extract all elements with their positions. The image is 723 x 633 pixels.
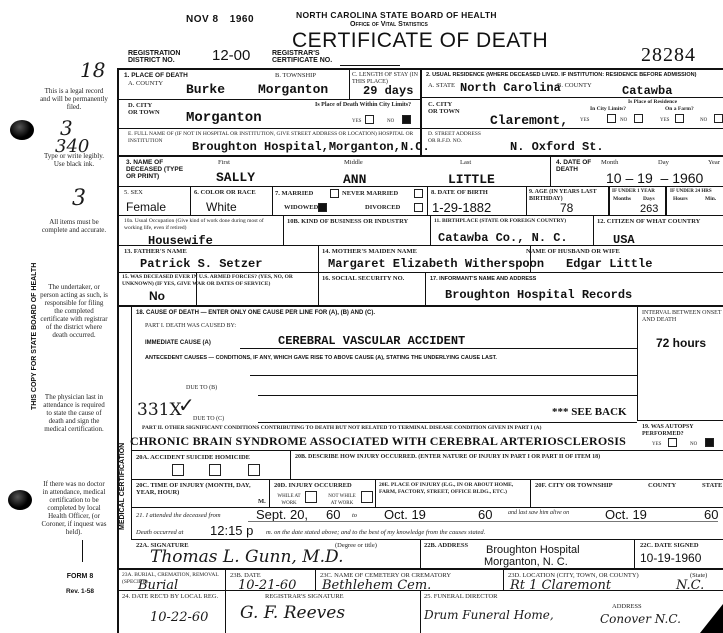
length-of-stay-field[interactable]: 29 days (363, 84, 413, 98)
days-label: Days (643, 196, 655, 203)
accident-checkbox[interactable] (172, 464, 184, 476)
married-checkbox[interactable] (330, 189, 339, 198)
registration-district-value: 12-00 (212, 47, 250, 64)
registrar-signature: G. F. Reeves (240, 603, 345, 623)
due-to-c-label: Due to (c) (193, 416, 224, 423)
on-farm-no-label: No (700, 117, 707, 124)
armed-forces-label: 15. Was Deceased Ever in U.S. Armed Forc… (122, 274, 318, 288)
hospital-field[interactable]: Broughton Hospital,Morganton,N.C. (192, 140, 430, 154)
in-city-yes-label: Yes (580, 117, 589, 124)
citizen-field[interactable]: USA (613, 233, 635, 247)
dob-field[interactable]: 1-29-1882 (432, 200, 491, 215)
place-of-death-label: 1. Place of Death (124, 72, 188, 79)
city-limits-no-label: No (387, 118, 394, 125)
birthplace-label: 11. Birthplace (State or foreign country… (434, 218, 592, 225)
sex-field[interactable]: Female (126, 200, 166, 214)
part-1-label: Part I. Death was caused by: (145, 323, 236, 330)
form-number: FORM 8 (50, 573, 110, 580)
residence-city-field[interactable]: Claremont, (490, 113, 568, 128)
county-label: a. County (128, 80, 163, 87)
date-signed-field[interactable]: 10-19-1960 (640, 551, 701, 565)
residence-county-field[interactable]: Catawba (622, 84, 672, 98)
mother-name-field[interactable]: Margaret Elizabeth Witherspoon (328, 257, 544, 271)
city-limits-no-checkbox[interactable] (402, 115, 411, 124)
on-farm-yes-checkbox[interactable] (675, 114, 684, 123)
attended-from-label: 21. I attended the deceased from (136, 512, 221, 519)
time-of-injury-label: 20c. Time of Injury (Month, Day, Year, H… (136, 482, 266, 496)
city-limits-label: Is Place of Death Within City Limits? (315, 102, 419, 109)
last-saw-field[interactable]: Oct. 19 (605, 507, 647, 522)
death-occurred-label: Death occurred at (136, 529, 183, 536)
cause-of-death-label: 18. Cause of Death — Enter only one caus… (136, 310, 375, 317)
armed-forces-field[interactable]: No (149, 289, 165, 303)
autopsy-yes-checkbox[interactable] (668, 438, 677, 447)
divorced-checkbox[interactable] (414, 203, 423, 212)
margin-handwritten-4: 3 (72, 186, 86, 211)
see-back-note: *** SEE BACK (552, 406, 627, 418)
middle-name-field[interactable]: ANN (343, 172, 366, 187)
margin-arrow (82, 540, 83, 562)
minutes-label: Min. (705, 196, 716, 203)
race-label: 6. Color or Race (194, 189, 256, 196)
on-farm-label: On a Farm? (665, 106, 694, 113)
injury-county-label: County (648, 482, 676, 489)
mother-name-label: 14. Mother's Maiden Name (322, 248, 417, 255)
injury-description-label: 20b. Describe how injury occurred. (Ente… (295, 454, 715, 461)
margin-handwritten-1: 18 (80, 58, 105, 82)
injury-state-label: State (702, 482, 722, 489)
death-occurred-statement: m. on the date stated above; and to the … (266, 529, 666, 536)
under-24-hours-label: If under 24 hrs (670, 188, 712, 195)
physician-address-line-2[interactable]: Morganton, N. C. (484, 556, 568, 568)
office-name: Office of Vital Statistics (350, 21, 428, 28)
part-2-label: Part II. Other significant conditions co… (142, 425, 637, 432)
location-field[interactable]: Rt 1 Claremont (510, 578, 611, 593)
date-received-field[interactable]: 10-22-60 (150, 610, 208, 625)
code-annotation: 331X (137, 400, 182, 420)
in-city-no-label: No (620, 117, 627, 124)
while-at-work-label: While at Work (275, 493, 303, 507)
physician-signature: Thomas L. Gunn, M.D. (150, 547, 343, 567)
informant-label: 17. Informant's Name and Address (430, 276, 536, 283)
ssn-label: 16. Social Security No. (322, 275, 404, 282)
interval-label: Interval Between Onset and Death (642, 310, 722, 324)
autopsy-no-label: No (690, 441, 697, 448)
funeral-address-label: Address (612, 603, 642, 610)
informant-field[interactable]: Broughton Hospital Records (445, 288, 632, 302)
city-label: d. City or Town (128, 102, 162, 116)
due-to-b-label: Due to (b) (186, 385, 217, 392)
death-county-field[interactable]: Burke (186, 82, 225, 97)
spouse-name-label: Name of Husband or Wife (526, 248, 620, 255)
not-while-at-work-checkbox[interactable] (361, 491, 373, 503)
race-field[interactable]: White (206, 200, 237, 214)
dod-day: 19 (637, 170, 653, 186)
industry-label: 10b. Kind of Business or Industry (287, 218, 408, 225)
funeral-director-field[interactable]: Drum Funeral Home, (424, 608, 554, 622)
physician-address-line-1[interactable]: Broughton Hospital (486, 544, 580, 556)
accident-suicide-homicide-label: 20a. Accident Suicide Homicide (136, 454, 250, 461)
married-label: 7. Married (275, 190, 313, 197)
medical-certification-side-label: MEDICAL CERTIFICATION (119, 443, 126, 530)
death-city-field[interactable]: Morganton (186, 110, 262, 126)
part-2-field[interactable]: CHRONIC BRAIN SYNDROME ASSOCIATED WITH C… (130, 434, 626, 449)
usual-residence-label: 2. Usual Residence (Where deceased lived… (426, 72, 723, 79)
margin-note-legal-record: This is a legal record and will be perma… (40, 87, 108, 111)
burial-date-field[interactable]: 10-21-60 (238, 578, 296, 593)
date-signed-label: 22c. Date Signed (640, 542, 699, 549)
attended-from-year[interactable]: 60 (326, 507, 340, 522)
not-while-at-work-label: Not While at Work (327, 493, 357, 507)
residence-state-label: a. State (428, 82, 455, 89)
burial-field[interactable]: Burial (138, 578, 178, 593)
death-occurred-time[interactable]: 12:15 p (210, 523, 253, 538)
margin-note-physician: The physician last in attendance is requ… (40, 393, 108, 433)
injury-occurred-label: 20d. Injury Occurred (274, 482, 352, 489)
margin-note-undertaker: The undertaker, or person acting as such… (40, 283, 108, 339)
autopsy-no-checkbox[interactable] (705, 438, 714, 447)
days-field[interactable]: 263 (640, 203, 658, 215)
cemetery-field[interactable]: Bethlehem Cem. (322, 578, 431, 593)
form-revision: Rev. 1-58 (50, 588, 110, 595)
agency-name: NORTH CAROLINA STATE BOARD OF HEALTH (296, 10, 497, 20)
attended-from-field[interactable]: Sept. 20, (256, 507, 308, 522)
stamp-year: 1960 (230, 14, 254, 25)
in-city-yes-checkbox[interactable] (607, 114, 616, 123)
funeral-address-field[interactable]: Conover N.C. (600, 612, 681, 626)
never-married-checkbox[interactable] (414, 189, 423, 198)
autopsy-yes-label: Yes (652, 441, 661, 448)
death-township-field[interactable]: Morganton (258, 82, 328, 97)
corner-shadow (700, 604, 723, 633)
dob-label: 8. Date of Birth (431, 189, 488, 196)
first-name-field[interactable]: SALLY (216, 170, 255, 185)
sex-label: 5. Sex (124, 189, 143, 196)
dod-day-label: Day (658, 159, 669, 166)
attended-to-field[interactable]: Oct. 19 (384, 507, 426, 522)
residence-city-label: c. City or Town (428, 101, 462, 115)
attended-to-year[interactable]: 60 (478, 507, 492, 522)
dod-month-label: Month (601, 159, 618, 166)
date-of-death-value[interactable]: 10 – 19 – 1960 (606, 170, 703, 186)
punch-hole-top (10, 120, 34, 140)
homicide-checkbox[interactable] (248, 464, 260, 476)
street-field[interactable]: N. Oxford St. (510, 140, 604, 154)
dod-year: 1960 (672, 170, 703, 186)
on-farm-yes-label: Yes (660, 117, 669, 124)
under-1-year-label: If under 1 year (612, 188, 655, 195)
birthplace-field[interactable]: Catawba Co., N. C. (438, 231, 568, 245)
township-label: b. Township (275, 72, 316, 79)
antecedent-causes-label: Antecedent Causes — Conditions, if any, … (145, 355, 565, 362)
street-label: d. Street Address or R.F.D. No. (428, 131, 488, 145)
vertical-copy-label: THIS COPY FOR STATE BOARD OF HEALTH (31, 263, 38, 410)
last-name-field[interactable]: LITTLE (448, 172, 495, 187)
first-name-label: First (218, 159, 230, 166)
occupation-field[interactable]: Housewife (148, 234, 213, 248)
stamp-date: NOV 8 (186, 14, 219, 25)
occupation-label: 10a. Usual Occupation (Give kind of work… (124, 218, 282, 232)
suicide-checkbox[interactable] (209, 464, 221, 476)
never-married-label: Never Married (342, 190, 398, 197)
autopsy-label: 19. Was Autopsy Performed? (642, 424, 712, 438)
deceased-name-label: 3. Name of Deceased (Type or Print) (126, 159, 188, 180)
in-city-no-checkbox[interactable] (634, 114, 643, 123)
dod-year-label: Year (708, 159, 720, 166)
widowed-checkbox[interactable] (318, 203, 327, 212)
date-received-label: 24. Date Rec'd by Local Reg. (122, 593, 222, 600)
immediate-cause-label: Immediate Cause (a) (145, 340, 211, 347)
margin-note-type-legibly: Type or write legibly. Use black ink. (40, 152, 108, 168)
date-of-death-label: 4. Date of Death (556, 159, 592, 173)
age-field[interactable]: 78 (560, 201, 573, 215)
punch-hole-bottom (8, 490, 32, 510)
registrar-signature-label: Registrar's Signature (265, 593, 344, 600)
last-saw-year[interactable]: 60 (704, 507, 718, 522)
state-field[interactable]: N.C. (676, 578, 704, 593)
spouse-name-field[interactable]: Edgar Little (566, 257, 652, 271)
registrar-cert-label: Registrar's Certificate No. (272, 50, 357, 64)
attended-to-label: to (352, 512, 357, 519)
widowed-label: Widowed (284, 204, 318, 211)
last-name-label: Last (460, 159, 471, 166)
father-name-field[interactable]: Patrick S. Setzer (140, 257, 262, 271)
injury-m-label: M. (258, 498, 266, 505)
city-limits-yes-label: Yes (352, 118, 361, 125)
registration-district-label: Registration District No. (128, 50, 202, 64)
place-of-injury-label: 20e. Place of Injury (e.g., in or about … (379, 482, 529, 496)
on-farm-no-checkbox[interactable] (714, 114, 723, 123)
hours-label: Hours (673, 196, 688, 203)
certificate-number: 28284 (641, 44, 696, 67)
checkmark-icon: ✓ (178, 393, 195, 417)
physician-address-label: 22b. Address (424, 542, 468, 549)
while-at-work-checkbox[interactable] (305, 491, 317, 503)
registrar-cert-underline (340, 65, 400, 66)
margin-note-no-doctor: If there was no doctor in attendance, me… (40, 480, 108, 536)
middle-name-label: Middle (344, 159, 363, 166)
in-city-limits-label: In City Limits? (590, 106, 626, 113)
divorced-label: Divorced (365, 204, 400, 211)
city-limits-yes-checkbox[interactable] (365, 115, 374, 124)
immediate-cause-field[interactable]: CEREBRAL VASCULAR ACCIDENT (278, 334, 465, 348)
father-name-label: 13. Father's Name (124, 248, 187, 255)
citizen-label: 12. Citizen of What Country (597, 218, 700, 225)
funeral-director-label: 25. Funeral Director (424, 593, 498, 600)
place-of-residence-label: Is Place of Residence (628, 99, 677, 106)
residence-county-label: b. County (557, 82, 592, 89)
injury-city-label: 20f. City or Township (535, 482, 613, 489)
interval-field[interactable]: 72 hours (656, 336, 706, 350)
last-saw-label: and last saw him alive on (508, 510, 569, 517)
margin-note-complete-accurate: All items must be complete and accurate. (40, 218, 108, 234)
residence-state-field[interactable]: North Carolina (460, 81, 561, 95)
months-label: Months (613, 196, 631, 203)
received-stamp: NOV 8 1960 (186, 14, 254, 25)
dod-month: 10 (606, 170, 622, 186)
